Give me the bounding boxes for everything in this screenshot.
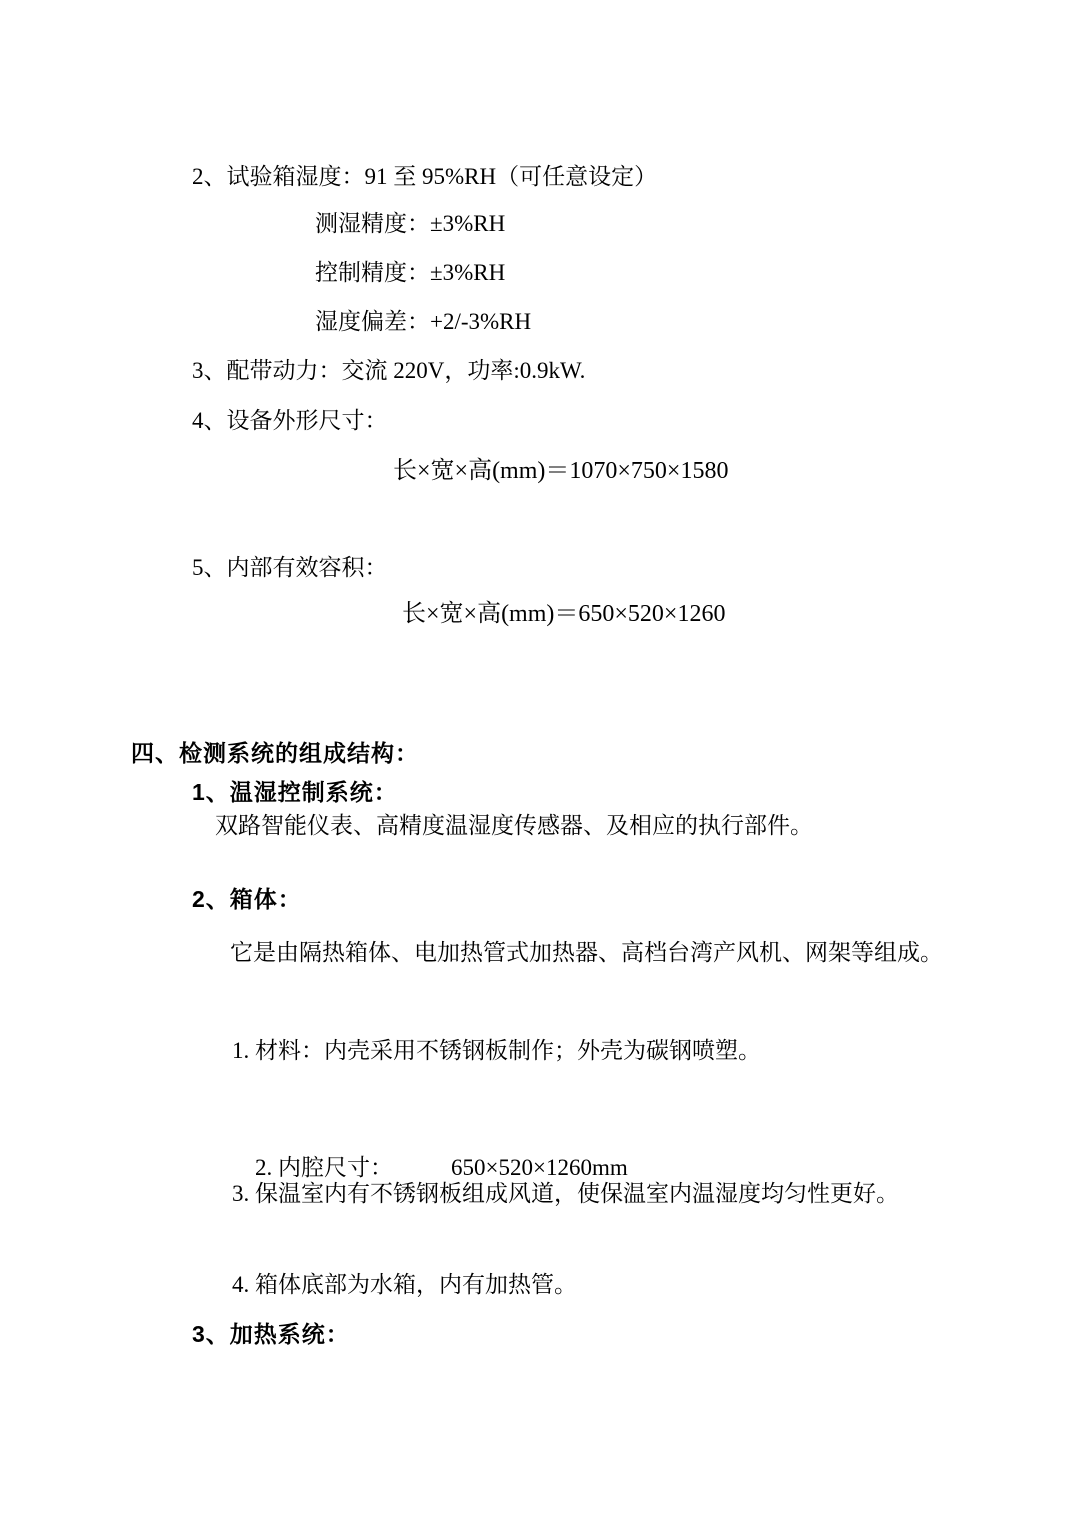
subsection2-heading: 2、箱体： [192, 886, 302, 913]
box-item-inner-dimensions-value: 650×520×1260mm [451, 1154, 628, 1181]
inner-volume-label: 5、内部有效容积： [192, 554, 388, 581]
box-item-material: 1. 材料：内壳采用不锈钢板制作；外壳为碳钢喷塑。 [232, 1037, 761, 1064]
box-item-watertank: 4. 箱体底部为水箱，内有加热管。 [232, 1271, 577, 1298]
subsection3-heading: 3、加热系统： [192, 1321, 350, 1348]
inner-volume-formula: 长×宽×高(mm)＝650×520×1260 [402, 601, 725, 628]
power-spec-line: 3、配带动力：交流 220V，功率:0.9kW. [192, 357, 585, 384]
outer-dimensions-formula: 长×宽×高(mm)＝1070×750×1580 [393, 458, 728, 485]
box-item-airduct: 3. 保温室内有不锈钢板组成风道，使保温室内温湿度均匀性更好。 [232, 1180, 899, 1207]
document-page: 2、试验箱湿度：91 至 95%RH（可任意设定） 测湿精度：±3%RH 控制精… [0, 0, 1075, 1518]
humidity-deviation-line: 湿度偏差：+2/-3%RH [315, 308, 531, 335]
section4-heading: 四、检测系统的组成结构： [131, 740, 419, 767]
subsection1-heading: 1、温湿控制系统： [192, 779, 398, 806]
humidity-measure-accuracy-line: 测湿精度：±3%RH [315, 210, 505, 237]
humidity-spec-line: 2、试验箱湿度：91 至 95%RH（可任意设定） [192, 163, 657, 190]
subsection2-body: 它是由隔热箱体、电加热管式加热器、高档台湾产风机、网架等组成。 [230, 939, 943, 966]
box-item-inner-dimensions-label: 2. 内腔尺寸： [255, 1155, 393, 1180]
humidity-control-accuracy-line: 控制精度：±3%RH [315, 259, 505, 286]
outer-dimensions-label: 4、设备外形尺寸： [192, 407, 388, 434]
subsection1-body: 双路智能仪表、高精度温湿度传感器、及相应的执行部件。 [215, 812, 813, 839]
